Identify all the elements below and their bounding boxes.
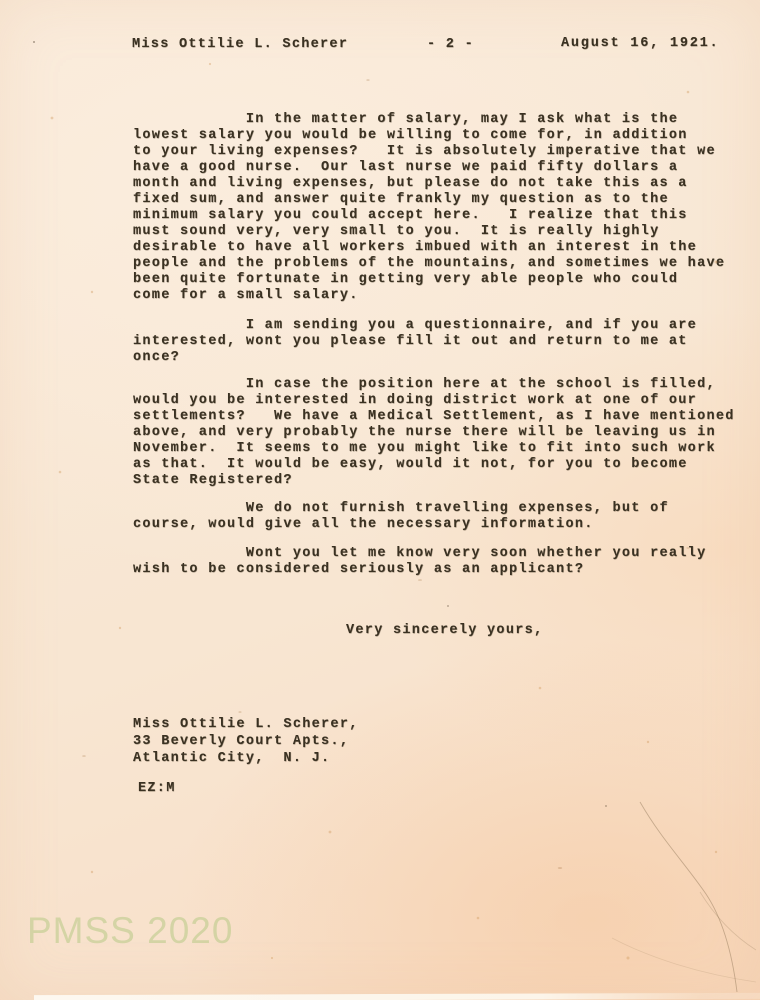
header-page-number: - 2 - xyxy=(427,37,474,53)
closing-salutation: Very sincerely yours, xyxy=(346,623,543,639)
header-recipient-name: Miss Ottilie L. Scherer xyxy=(132,37,348,53)
letter-page: Miss Ottilie L. Scherer - 2 - August 16,… xyxy=(0,0,760,1000)
archive-watermark: PMSS 2020 xyxy=(27,910,233,952)
paragraph-questionnaire: I am sending you a questionnaire, and if… xyxy=(133,318,697,366)
paragraph-applicant-question: Wont you let me know very soon whether y… xyxy=(133,546,706,578)
recipient-address-block: Miss Ottilie L. Scherer, 33 Beverly Cour… xyxy=(133,716,359,767)
reference-initials: EZ:M xyxy=(138,781,176,797)
header-date: August 16, 1921. xyxy=(561,36,719,52)
paragraph-salary: In the matter of salary, may I ask what … xyxy=(133,112,725,304)
paragraph-travelling-expenses: We do not furnish travelling expenses, b… xyxy=(133,501,669,533)
paragraph-district-work: In case the position here at the school … xyxy=(133,377,735,489)
scan-bottom-edge xyxy=(34,993,760,1000)
